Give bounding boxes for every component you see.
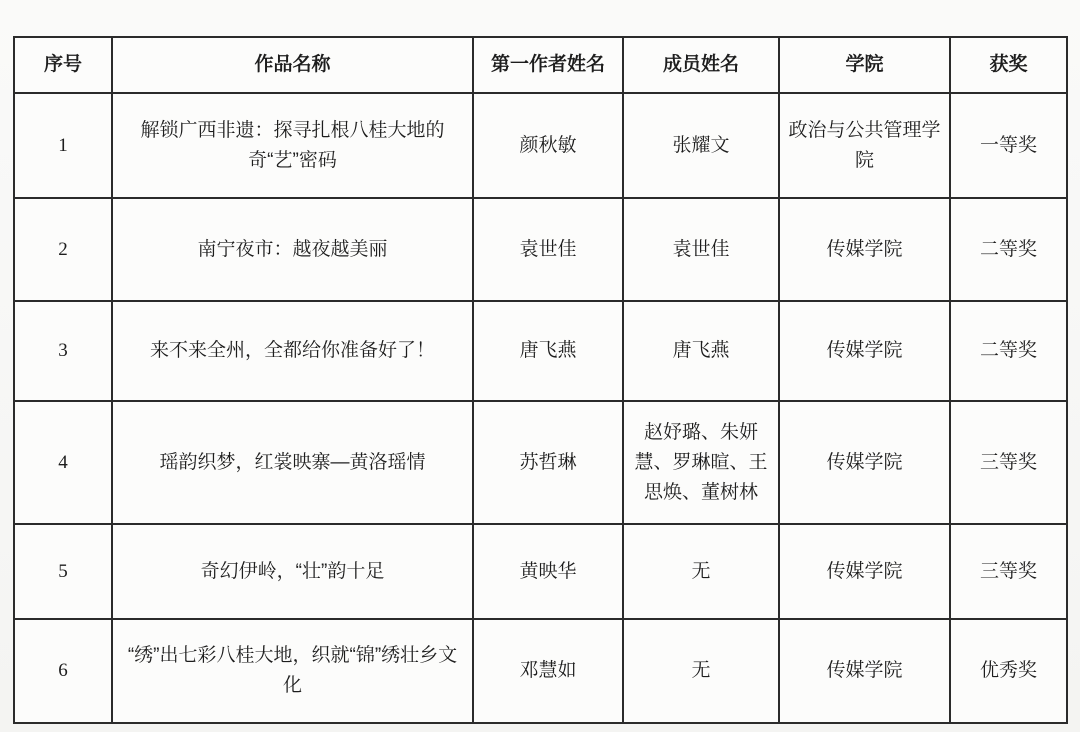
cell-title: 来不来全州，全都给你准备好了！ bbox=[112, 301, 473, 401]
cell-members: 无 bbox=[623, 524, 779, 619]
table-row: 4 瑶韵织梦，红裳映寨—黄洛瑶情 苏哲琳 赵妤璐、朱妍慧、罗琳暄、王思焕、董树林… bbox=[14, 401, 1067, 524]
cell-college: 传媒学院 bbox=[779, 198, 950, 301]
table-row: 1 解锁广西非遗：探寻扎根八桂大地的奇“艺”密码 颜秋敏 张耀文 政治与公共管理… bbox=[14, 93, 1067, 198]
cell-award: 二等奖 bbox=[950, 198, 1067, 301]
cell-first-author: 袁世佳 bbox=[473, 198, 623, 301]
awards-table: 序号 作品名称 第一作者姓名 成员姓名 学院 获奖 1 解锁广西非遗：探寻扎根八… bbox=[13, 36, 1068, 724]
header-cell-college: 学院 bbox=[779, 37, 950, 93]
cell-index: 4 bbox=[14, 401, 112, 524]
cell-members: 赵妤璐、朱妍慧、罗琳暄、王思焕、董树林 bbox=[623, 401, 779, 524]
cell-members: 无 bbox=[623, 619, 779, 723]
cell-title: 解锁广西非遗：探寻扎根八桂大地的奇“艺”密码 bbox=[112, 93, 473, 198]
cell-members: 唐飞燕 bbox=[623, 301, 779, 401]
cell-award: 优秀奖 bbox=[950, 619, 1067, 723]
cell-index: 5 bbox=[14, 524, 112, 619]
cell-award: 三等奖 bbox=[950, 401, 1067, 524]
cell-award: 一等奖 bbox=[950, 93, 1067, 198]
table-row: 3 来不来全州，全都给你准备好了！ 唐飞燕 唐飞燕 传媒学院 二等奖 bbox=[14, 301, 1067, 401]
cell-title: 南宁夜市：越夜越美丽 bbox=[112, 198, 473, 301]
page: 序号 作品名称 第一作者姓名 成员姓名 学院 获奖 1 解锁广西非遗：探寻扎根八… bbox=[0, 0, 1080, 732]
cell-title: 瑶韵织梦，红裳映寨—黄洛瑶情 bbox=[112, 401, 473, 524]
cell-first-author: 颜秋敏 bbox=[473, 93, 623, 198]
cell-first-author: 唐飞燕 bbox=[473, 301, 623, 401]
cell-index: 2 bbox=[14, 198, 112, 301]
cell-index: 1 bbox=[14, 93, 112, 198]
cell-index: 6 bbox=[14, 619, 112, 723]
cell-index: 3 bbox=[14, 301, 112, 401]
header-cell-index: 序号 bbox=[14, 37, 112, 93]
table-row: 6 “绣”出七彩八桂大地，织就“锦”绣壮乡文化 邓慧如 无 传媒学院 优秀奖 bbox=[14, 619, 1067, 723]
cell-title: 奇幻伊岭，“壮”韵十足 bbox=[112, 524, 473, 619]
header-cell-members: 成员姓名 bbox=[623, 37, 779, 93]
table-row: 2 南宁夜市：越夜越美丽 袁世佳 袁世佳 传媒学院 二等奖 bbox=[14, 198, 1067, 301]
header-cell-award: 获奖 bbox=[950, 37, 1067, 93]
table-header-row: 序号 作品名称 第一作者姓名 成员姓名 学院 获奖 bbox=[14, 37, 1067, 93]
cell-members: 袁世佳 bbox=[623, 198, 779, 301]
cell-first-author: 邓慧如 bbox=[473, 619, 623, 723]
header-cell-first-author: 第一作者姓名 bbox=[473, 37, 623, 93]
cell-college: 传媒学院 bbox=[779, 301, 950, 401]
table-row: 5 奇幻伊岭，“壮”韵十足 黄映华 无 传媒学院 三等奖 bbox=[14, 524, 1067, 619]
cell-college: 政治与公共管理学院 bbox=[779, 93, 950, 198]
header-cell-title: 作品名称 bbox=[112, 37, 473, 93]
cell-college: 传媒学院 bbox=[779, 619, 950, 723]
cell-college: 传媒学院 bbox=[779, 401, 950, 524]
cell-award: 三等奖 bbox=[950, 524, 1067, 619]
cell-title: “绣”出七彩八桂大地，织就“锦”绣壮乡文化 bbox=[112, 619, 473, 723]
cell-award: 二等奖 bbox=[950, 301, 1067, 401]
cell-first-author: 黄映华 bbox=[473, 524, 623, 619]
cell-members: 张耀文 bbox=[623, 93, 779, 198]
cell-first-author: 苏哲琳 bbox=[473, 401, 623, 524]
cell-college: 传媒学院 bbox=[779, 524, 950, 619]
